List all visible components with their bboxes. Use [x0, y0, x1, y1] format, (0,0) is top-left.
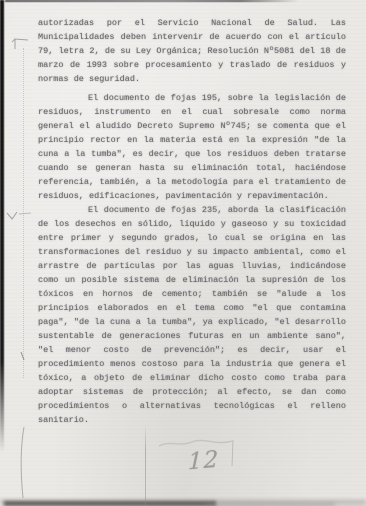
left-black-edge [0, 0, 4, 452]
paragraph-1: autorizadas por el Servicio Nacional de … [38, 16, 346, 86]
center-fold-line [145, 425, 146, 506]
paragraph-2: El documento de fojas 195, sobre la legi… [38, 91, 346, 203]
scanned-page: 12 autorizadas por el Servicio Nacional … [0, 0, 366, 506]
pencil-bracket-mark [12, 37, 32, 51]
pencil-tick-mark [19, 351, 27, 361]
pencil-check-mark [6, 210, 32, 222]
top-scan-line [5, 0, 300, 2]
paragraph-3: El documento de fojas 235, aborda la cla… [38, 203, 346, 427]
handwritten-page-number: 12 [188, 447, 220, 476]
document-text: autorizadas por el Servicio Nacional de … [38, 16, 346, 427]
pencil-stroke-bottom-left [18, 426, 28, 500]
bottom-scan-band-dark [4, 501, 216, 506]
